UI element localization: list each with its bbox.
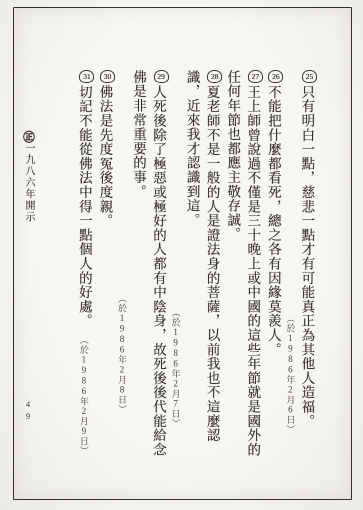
quote-text-column: 29人死後除了極惡或極好的人都有中陰身，故死後後代能給念 bbox=[148, 70, 169, 462]
sidebar-year-label: 一九八六年開示 bbox=[23, 143, 34, 224]
item-number-badge: 29 bbox=[154, 70, 169, 83]
quote-date: （於1986年2月9日） bbox=[79, 340, 89, 456]
quote-date: （於1986年2月6日） bbox=[283, 314, 296, 462]
quote-item-26: 26不能把什麼都看死，總之各有因緣莫羨人。 bbox=[263, 70, 284, 462]
quote-text: 佛法是先度冤後度親。 bbox=[97, 85, 112, 228]
quote-text: 不能把什麼都看死，總之各有因緣莫羨人。 bbox=[266, 85, 281, 357]
quote-text: 夏老師不是一般的人是證法身的菩薩，以前我也不這麼認 bbox=[205, 85, 220, 443]
quote-text-column: 26不能把什麼都看死，總之各有因緣莫羨人。 bbox=[263, 70, 284, 462]
quote-text-column: 30佛法是先度冤後度親。 bbox=[94, 70, 115, 462]
quote-item-27: 27王上師曾說過不僅是三十晚上或中國的這些年節就是國外的 任何年節也都應主敬存誠… bbox=[222, 70, 263, 462]
quote-text: 只有明白一點，慈悲一點才有可能真正為其他人造福。 bbox=[299, 85, 314, 428]
quote-text-column: 31切記不能從佛法中得一點個人的好處。（於1986年2月9日） bbox=[74, 70, 95, 490]
item-number-badge: 30 bbox=[100, 70, 115, 83]
page-number: 49 bbox=[23, 399, 33, 423]
quote-date: （於1986年2月8日） bbox=[115, 294, 128, 462]
quote-text-column: 任何年節也都應主敬存誠。 bbox=[222, 70, 242, 462]
quote-text: 切記不能從佛法中得一點個人的好處。 bbox=[77, 85, 92, 328]
quote-text: 人死後除了極惡或極好的人都有中陰身，故死後後代能給念 bbox=[151, 85, 166, 457]
section-medallion-icon: ㊣ bbox=[22, 131, 34, 143]
item-number-badge: 27 bbox=[248, 70, 263, 83]
quote-text-column: 佛是非常重要的事。 bbox=[128, 70, 148, 462]
quote-date: （於1986年2月7日） bbox=[169, 308, 182, 462]
quote-item-31: 31切記不能從佛法中得一點個人的好處。（於1986年2月9日） bbox=[74, 70, 95, 462]
item-number-badge: 28 bbox=[207, 70, 222, 83]
item-number-badge: 26 bbox=[268, 70, 283, 83]
quote-text-column: 識，近來我才認識到這。 bbox=[182, 70, 202, 462]
quote-text-column: 28夏老師不是一般的人是證法身的菩薩，以前我也不這麼認 bbox=[202, 70, 223, 462]
quote-item-29: 29人死後除了極惡或極好的人都有中陰身，故死後後代能給念 佛是非常重要的事。 （… bbox=[115, 70, 169, 462]
section-sidebar-label: ㊣一九八六年開示 bbox=[20, 131, 36, 223]
quote-text: 王上師曾說過不僅是三十晚上或中國的這些年節就是國外的 bbox=[245, 85, 260, 457]
quote-text-column: 25只有明白一點，慈悲一點才有可能真正為其他人造福。 bbox=[296, 70, 317, 462]
quote-item-28: 28夏老師不是一般的人是證法身的菩薩，以前我也不這麼認 識，近來我才認識到這。 … bbox=[169, 70, 223, 462]
quote-item-30: 30佛法是先度冤後度親。 bbox=[94, 70, 115, 462]
teachings-text-area: 25只有明白一點，慈悲一點才有可能真正為其他人造福。 （於1986年2月6日） … bbox=[59, 70, 317, 462]
item-number-badge: 31 bbox=[79, 70, 94, 83]
quote-item-25: 25只有明白一點，慈悲一點才有可能真正為其他人造福。 （於1986年2月6日） bbox=[283, 70, 317, 462]
item-number-badge: 25 bbox=[302, 70, 317, 83]
quote-text-column: 27王上師曾說過不僅是三十晚上或中國的這些年節就是國外的 bbox=[242, 70, 263, 462]
